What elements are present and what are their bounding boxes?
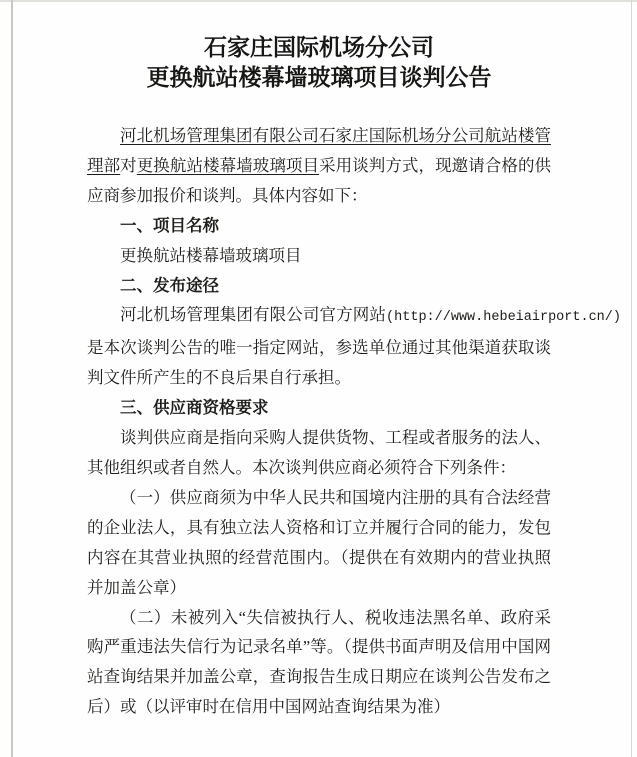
text-segment: 更换航站楼幕墙玻璃项目 [120,246,302,265]
section-heading: 一、项目名称 [87,211,551,241]
scan-edge-right [631,0,632,757]
title-line-2: 更换航站楼幕墙玻璃项目谈判公告 [87,63,551,93]
title-line-1: 石家庄国际机场分公司 [87,33,551,63]
document-body: 河北机场管理集团有限公司石家庄国际机场分公司航站楼管理部对更换航站楼幕墙玻璃项目… [87,121,551,722]
section-heading: 二、发布途径 [87,271,551,301]
paragraph: 河北机场管理集团有限公司官方网站(http://www.hebeiairport… [87,300,551,393]
paragraph: （二）未被列入“失信被执行人、税收违法黑名单、政府采购严重违法失信行为记录名单”… [87,603,551,723]
text-segment: 一、项目名称 [120,216,219,235]
text-segment: （一）供应商须为中华人民共和国境内注册的具有合法经营的企业法人，具有独立法人资格… [87,488,551,597]
paragraph: （一）供应商须为中华人民共和国境内注册的具有合法经营的企业法人，具有独立法人资格… [87,483,551,603]
document: 石家庄国际机场分公司 更换航站楼幕墙玻璃项目谈判公告 河北机场管理集团有限公司石… [87,33,551,722]
text-segment: 河北机场管理集团有限公司官方网站 [120,305,386,324]
paragraph: 谈判供应商是指向采购人提供货物、工程或者服务的法人、其他组织或者自然人。本次谈判… [87,423,551,483]
paragraph: 河北机场管理集团有限公司石家庄国际机场分公司航站楼管理部对更换航站楼幕墙玻璃项目… [87,121,551,211]
text-segment: 更换航站楼幕墙玻璃项目 [137,156,319,175]
text-segment: （二）未被列入“失信被执行人、税收违法黑名单、政府采购严重违法失信行为记录名单”… [87,608,551,717]
text-segment: 对 [120,156,137,175]
scanned-document-page: 石家庄国际机场分公司 更换航站楼幕墙玻璃项目谈判公告 河北机场管理集团有限公司石… [0,0,637,757]
text-segment: 谈判供应商是指向采购人提供货物、工程或者服务的法人、其他组织或者自然人。本次谈判… [87,428,551,477]
paragraph: 更换航站楼幕墙玻璃项目 [87,241,551,271]
scan-edge-left [11,0,13,757]
website-url: (http://www.hebeiairport.cn/) [386,310,621,325]
text-segment: 二、发布途径 [120,276,219,295]
section-heading: 三、供应商资格要求 [87,393,551,423]
scan-edge-top [0,0,637,2]
text-segment: 是本次谈判公告的唯一指定网站，参选单位通过其他渠道获取谈判文件所产生的不良后果自… [87,338,551,387]
text-segment: 三、供应商资格要求 [120,398,269,417]
document-title: 石家庄国际机场分公司 更换航站楼幕墙玻璃项目谈判公告 [87,33,551,93]
